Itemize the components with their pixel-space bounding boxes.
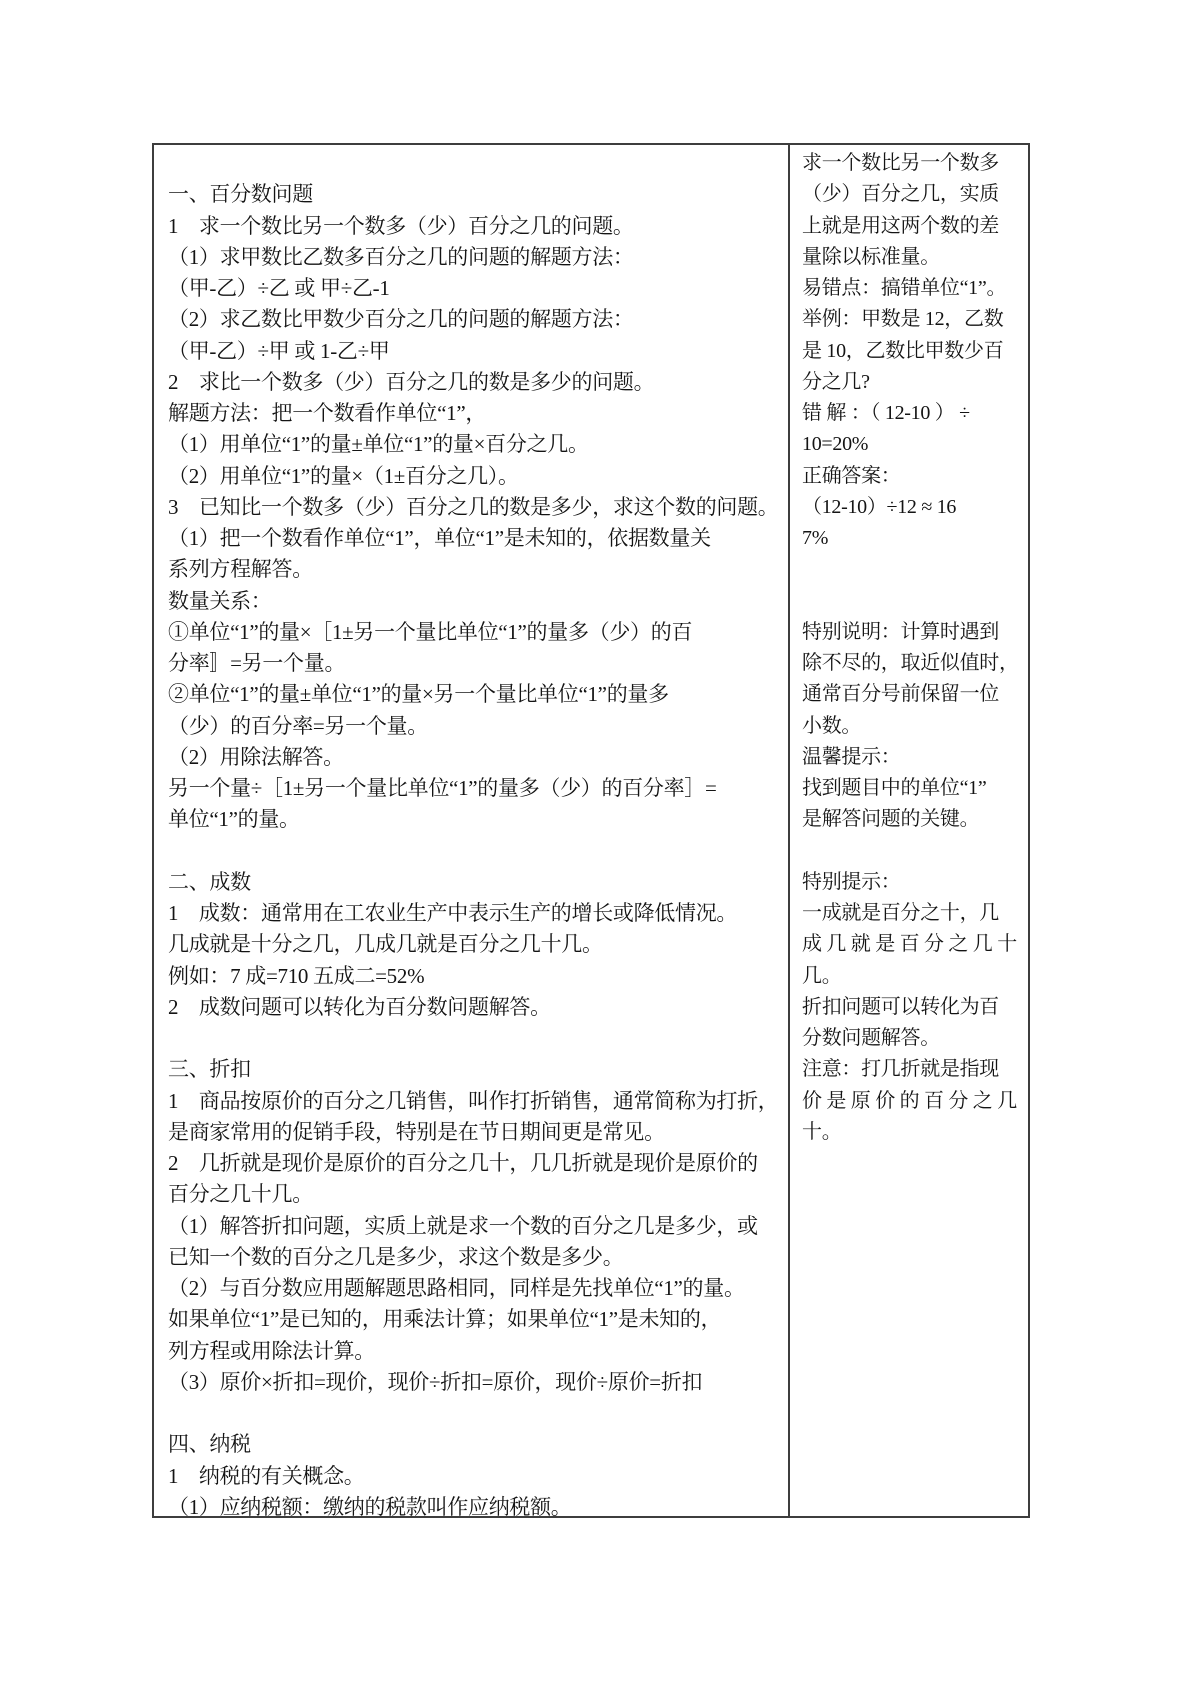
- text-line: （2）与百分数应用题解题思路相同，同样是先找单位“1”的量。: [168, 1273, 780, 1304]
- text-line: （2）求乙数比甲数少百分之几的问题的解题方法：: [168, 304, 780, 335]
- text-line: 分之几?: [802, 367, 1020, 398]
- text-line: 10=20%: [802, 429, 1020, 460]
- text-line: 注意：打几折就是指现: [802, 1054, 1020, 1085]
- text-line: 是商家常用的促销手段，特别是在节日期间更是常见。: [168, 1117, 780, 1148]
- text-line: 小数。: [802, 711, 1020, 742]
- text-line: （甲-乙）÷甲 或 1-乙÷甲: [168, 336, 780, 367]
- text-line: 错 解 ：（ 12-10 ） ÷: [802, 398, 1020, 429]
- text-line: 一、百分数问题: [168, 179, 780, 210]
- text-line: （1）应纳税额：缴纳的税款叫作应纳税额。: [168, 1492, 780, 1516]
- text-line: 特别说明：计算时遇到: [802, 617, 1020, 648]
- text-line: [802, 554, 1020, 585]
- text-line: 折扣问题可以转化为百: [802, 992, 1020, 1023]
- text-line: 量除以标准量。: [802, 242, 1020, 273]
- text-line: 例如：7 成=710 五成二=52%: [168, 961, 780, 992]
- text-line: 已知一个数的百分之几是多少，求这个数是多少。: [168, 1242, 780, 1273]
- text-line: 7%: [802, 523, 1020, 554]
- text-line: （1）用单位“1”的量±单位“1”的量×百分之几。: [168, 429, 780, 460]
- text-line: 几。: [802, 961, 1020, 992]
- text-line: 1 纳税的有关概念。: [168, 1461, 780, 1492]
- text-line: 通常百分号前保留一位: [802, 679, 1020, 710]
- text-line: 分数问题解答。: [802, 1023, 1020, 1054]
- text-line: 几成就是十分之几，几成几就是百分之几十几。: [168, 929, 780, 960]
- text-line: 十。: [802, 1117, 1020, 1148]
- text-line: 如果单位“1”是已知的，用乘法计算；如果单位“1”是未知的，: [168, 1304, 780, 1335]
- text-line: 价 是 原 价 的 百 分 之 几: [802, 1086, 1020, 1117]
- text-line: [168, 1398, 780, 1429]
- text-line: 1 成数：通常用在工农业生产中表示生产的增长或降低情况。: [168, 898, 780, 929]
- text-line: 单位“1”的量。: [168, 804, 780, 835]
- text-line: （甲-乙）÷乙 或 甲÷乙-1: [168, 273, 780, 304]
- text-line: [168, 148, 780, 179]
- text-line: 1 求一个数比另一个数多（少）百分之几的问题。: [168, 211, 780, 242]
- text-line: 二、成数: [168, 867, 780, 898]
- text-line: 四、纳税: [168, 1429, 780, 1460]
- text-line: 另一个量÷［1±另一个量比单位“1”的量多（少）的百分率］=: [168, 773, 780, 804]
- text-line: （12-10）÷12 ≈ 16: [802, 492, 1020, 523]
- text-line: 2 几折就是现价是原价的百分之几十，几几折就是现价是原价的: [168, 1148, 780, 1179]
- text-line: ②单位“1”的量±单位“1”的量×另一个量比单位“1”的量多: [168, 679, 780, 710]
- text-line: 3 已知比一个数多（少）百分之几的数是多少，求这个数的问题。: [168, 492, 780, 523]
- text-line: 系列方程解答。: [168, 554, 780, 585]
- text-line: [168, 1023, 780, 1054]
- text-line: ①单位“1”的量×［1±另一个量比单位“1”的量多（少）的百: [168, 617, 780, 648]
- text-line: 求一个数比另一个数多: [802, 148, 1020, 179]
- side-notes-column: 求一个数比另一个数多（少）百分之几，实质上就是用这两个数的差量除以标准量。易错点…: [790, 145, 1028, 1516]
- text-line: （少）百分之几，实质: [802, 179, 1020, 210]
- text-line: （2）用单位“1”的量×（1±百分之几）。: [168, 461, 780, 492]
- text-line: 是 10，乙数比甲数少百: [802, 336, 1020, 367]
- text-line: 上就是用这两个数的差: [802, 211, 1020, 242]
- text-line: 2 求比一个数多（少）百分之几的数是多少的问题。: [168, 367, 780, 398]
- text-line: （少）的百分率=另一个量。: [168, 711, 780, 742]
- text-line: （1）把一个数看作单位“1”，单位“1”是未知的，依据数量关: [168, 523, 780, 554]
- text-line: （3）原价×折扣=现价，现价÷折扣=原价，现价÷原价=折扣: [168, 1367, 780, 1398]
- text-line: 一成就是百分之十，几: [802, 898, 1020, 929]
- text-line: 找到题目中的单位“1”: [802, 773, 1020, 804]
- main-content-column: 一、百分数问题1 求一个数比另一个数多（少）百分之几的问题。（1）求甲数比乙数多…: [154, 145, 790, 1516]
- text-line: 特别提示：: [802, 867, 1020, 898]
- text-line: [802, 586, 1020, 617]
- text-line: 易错点：搞错单位“1”。: [802, 273, 1020, 304]
- text-line: 三、折扣: [168, 1054, 780, 1085]
- text-line: 是解答问题的关键。: [802, 804, 1020, 835]
- text-line: （1）解答折扣问题，实质上就是求一个数的百分之几是多少，或: [168, 1211, 780, 1242]
- text-line: 解题方法：把一个数看作单位“1”，: [168, 398, 780, 429]
- text-line: （2）用除法解答。: [168, 742, 780, 773]
- text-line: 温馨提示：: [802, 742, 1020, 773]
- text-line: 1 商品按原价的百分之几销售，叫作打折销售，通常简称为打折，: [168, 1086, 780, 1117]
- text-line: 成 几 就 是 百 分 之 几 十: [802, 929, 1020, 960]
- text-line: 除不尽的，取近似值时，: [802, 648, 1020, 679]
- document-page: 一、百分数问题1 求一个数比另一个数多（少）百分之几的问题。（1）求甲数比乙数多…: [0, 0, 1191, 1684]
- text-line: [168, 836, 780, 867]
- text-line: 举例：甲数是 12，乙数: [802, 304, 1020, 335]
- text-line: （1）求甲数比乙数多百分之几的问题的解题方法：: [168, 242, 780, 273]
- text-line: 列方程或用除法计算。: [168, 1336, 780, 1367]
- text-line: 分率〛=另一个量。: [168, 648, 780, 679]
- text-line: 2 成数问题可以转化为百分数问题解答。: [168, 992, 780, 1023]
- notes-table: 一、百分数问题1 求一个数比另一个数多（少）百分之几的问题。（1）求甲数比乙数多…: [152, 143, 1030, 1518]
- text-line: 正确答案：: [802, 461, 1020, 492]
- text-line: 百分之几十几。: [168, 1179, 780, 1210]
- text-line: 数量关系：: [168, 586, 780, 617]
- text-line: [802, 836, 1020, 867]
